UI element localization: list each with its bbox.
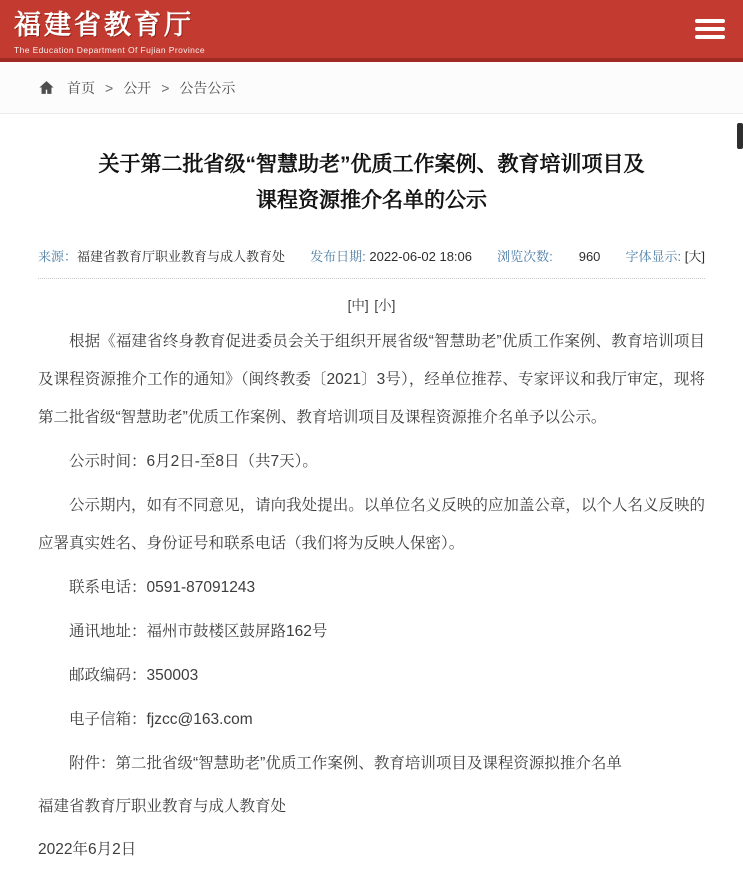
fontsize-switcher: [中] [小] [38,294,705,314]
meta-source-label: 来源： [38,249,77,264]
page-title-line1: 关于第二批省级“智慧助老”优质工作案例、教育培训项目及 [38,147,705,183]
dotted-divider [38,278,705,279]
meta-views-label: 浏览次数: [497,249,553,264]
signature-date: 2022年6月2日 [38,831,705,869]
breadcrumb-public[interactable]: 公开 [123,78,151,98]
article-content: 关于第二批省级“智慧助老”优质工作案例、教育培训项目及 课程资源推介名单的公示 … [0,147,743,885]
breadcrumb-home[interactable]: 首页 [67,78,95,98]
paragraph-email: 电子信箱：fjzcc@163.com [38,701,705,739]
hamburger-menu-icon[interactable] [695,19,725,39]
breadcrumb: 首页 > 公开 > 公告公示 [0,62,743,114]
paragraph-objection: 公示期内，如有不同意见，请向我处提出。以单位名义反映的应加盖公章，以个人名义反映… [38,487,705,563]
paragraph-postcode: 邮政编码：350003 [38,657,705,695]
meta-fontsize-label: 字体显示: [626,249,682,264]
page-title: 关于第二批省级“智慧助老”优质工作案例、教育培训项目及 课程资源推介名单的公示 [38,147,705,219]
paragraph-phone: 联系电话：0591-87091243 [38,569,705,607]
breadcrumb-separator: > [105,80,113,96]
meta-fontsize: 字体显示: [大] [626,246,705,265]
meta-source: 来源：福建省教育厅职业教育与成人教育处 [38,246,285,265]
meta-views: 浏览次数:960 [497,246,600,265]
meta-date-value: 2022-06-02 18:06 [369,249,472,264]
page-title-line2: 课程资源推介名单的公示 [38,183,705,219]
paragraph-notice-period: 公示时间：6月2日-至8日（共7天）。 [38,443,705,481]
fontsize-small-button[interactable]: [小] [374,298,395,313]
breadcrumb-separator: > [161,80,169,96]
breadcrumb-announcements[interactable]: 公告公示 [179,78,235,98]
article-meta: 来源：福建省教育厅职业教育与成人教育处 发布日期: 2022-06-02 18:… [38,246,705,265]
top-banner: 福建省教育厅 The Education Department Of Fujia… [0,0,743,62]
meta-source-value: 福建省教育厅职业教育与成人教育处 [77,249,285,264]
signature-department: 福建省教育厅职业教育与成人教育处 [38,788,705,826]
attachment-link[interactable]: 附件：第二批省级“智慧助老”优质工作案例、教育培训项目及课程资源拟推介名单 [38,745,705,783]
home-icon[interactable] [38,79,55,96]
fontsize-large-button[interactable]: [大] [685,249,705,264]
site-logo-title: 福建省教育厅 [14,3,205,42]
paragraph-address: 通讯地址：福州市鼓楼区鼓屏路162号 [38,613,705,651]
fontsize-medium-button[interactable]: [中] [348,298,369,313]
site-logo[interactable]: 福建省教育厅 The Education Department Of Fujia… [14,3,205,55]
meta-views-value: 960 [579,249,601,264]
site-logo-subtitle: The Education Department Of Fujian Provi… [14,45,205,55]
paragraph-basis: 根据《福建省终身教育促进委员会关于组织开展省级“智慧助老”优质工作案例、教育培训… [38,323,705,437]
article-body: 根据《福建省终身教育促进委员会关于组织开展省级“智慧助老”优质工作案例、教育培训… [38,323,705,869]
meta-publish-date: 发布日期: 2022-06-02 18:06 [310,246,472,265]
scrollbar-thumb[interactable] [737,123,743,149]
meta-date-label: 发布日期: [310,249,366,264]
